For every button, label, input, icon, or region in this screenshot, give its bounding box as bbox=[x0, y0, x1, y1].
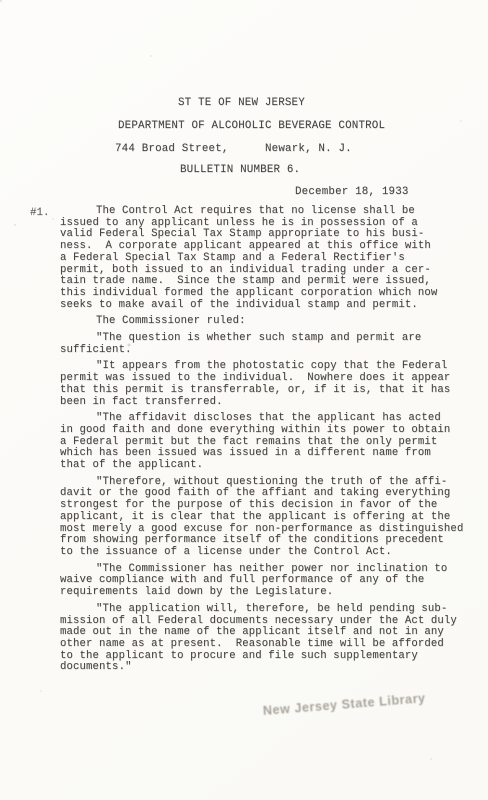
body-paragraph-4: "It appears from the photostatic copy th… bbox=[60, 361, 468, 408]
body-paragraph-3: "The question is whether such stamp and … bbox=[60, 333, 468, 356]
street-address: 744 Broad Street, bbox=[115, 143, 229, 155]
body-paragraph-2: The Commissioner ruled: bbox=[60, 316, 468, 328]
department-title: DEPARTMENT OF ALCOHOLIC BEVERAGE CONTROL bbox=[118, 120, 385, 132]
address-line: 744 Broad Street, Newark, N. J. bbox=[0, 143, 488, 155]
body-paragraph-6: "Therefore, without questioning the trut… bbox=[60, 477, 468, 559]
body-paragraph-7: "The Commissioner has neither power nor … bbox=[60, 564, 468, 599]
city-address: Newark, N. J. bbox=[265, 143, 352, 155]
body-paragraph-1: The Control Act requires that no license… bbox=[60, 206, 468, 311]
library-stamp: New Jersey State Library bbox=[262, 691, 426, 718]
document-page: ST TE OF NEW JERSEY DEPARTMENT OF ALCOHO… bbox=[0, 0, 488, 800]
document-body: The Control Act requires that no license… bbox=[60, 206, 468, 679]
paper-noise bbox=[0, 0, 2, 2]
body-paragraph-5: "The affidavit discloses that the applic… bbox=[60, 413, 468, 472]
state-title: ST TE OF NEW JERSEY bbox=[178, 97, 305, 109]
date-line: December 18, 1933 bbox=[295, 186, 409, 198]
item-number: #1. bbox=[30, 207, 49, 219]
bulletin-title: BULLETIN NUMBER 6. bbox=[180, 164, 300, 176]
body-paragraph-8: "The application will, therefore, be hel… bbox=[60, 604, 468, 674]
